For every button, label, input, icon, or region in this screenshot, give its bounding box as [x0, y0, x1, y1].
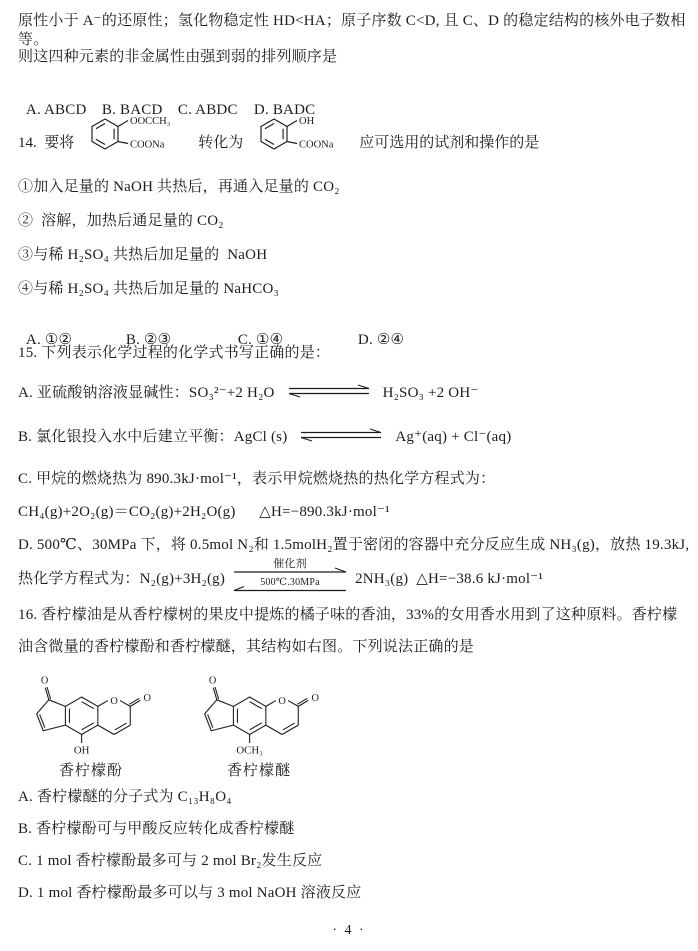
ketone-oxygen-label: O: [209, 675, 217, 686]
bergamot-ether-structure: O O O OCH₃: [184, 666, 334, 758]
q13-text-line1: 原性小于 A⁻的还原性；氢化物稳定性 HD<HA；原子序数 C<D, 且 C、D…: [18, 12, 690, 50]
q15-title: 15. 下列表示化学过程的化学式书写正确的是：: [18, 344, 690, 363]
q15-a-pre: A. 亚硫酸钠溶液显碱性：SO₃²⁻+2 H₂O: [18, 384, 275, 403]
q16-option-a: A. 香柠檬醚的分子式为 C₁₃H₈O₄: [18, 788, 690, 807]
q15-option-c-line1: C. 甲烷的燃烧热为 890.3kJ·mol⁻¹，表示甲烷燃烧热的热化学方程式为…: [18, 470, 690, 489]
q16-text-line1: 16. 香柠檬油是从香柠檬树的果皮中提炼的橘子味的香油，33%的女用香水用到了这…: [18, 606, 690, 625]
q15-d-pre: 热化学方程式为：N₂(g)+3H₂(g): [18, 570, 225, 589]
benzene-ring: [233, 697, 265, 735]
substituent-coona-label: COONa: [130, 140, 165, 151]
q15-b-post: Ag⁺(aq) + Cl⁻(aq): [395, 428, 511, 447]
labeled-equilibrium-arrow: 催化剂 500℃.30MPa: [231, 558, 349, 600]
bergamot-ether-figure: O O O OCH₃ 香柠檬醚: [184, 666, 334, 780]
equilibrium-arrow-icon: [299, 428, 383, 442]
bergamot-phenol-figure: O O O OH 香柠檬酚: [16, 666, 166, 780]
q14-mid: 转化为: [198, 131, 243, 162]
q14-item-3: ③与稀 H₂SO₄ 共热后加足量的 NaOH: [18, 246, 690, 265]
q16-structures: O O O OH 香柠檬酚 O: [16, 666, 334, 780]
q15-option-b: B. 氯化银投入水中后建立平衡：AgCl (s) Ag⁺(aq) + Cl⁻(a…: [18, 428, 690, 447]
hydroxyl-label: OH: [74, 744, 90, 756]
q15-option-d-line1: D. 500℃、30MPa 下，将 0.5mol N₂和 1.5molH₂置于密…: [18, 536, 690, 555]
q16-text-line2: 油含微量的香柠檬酚和香柠檬醚，其结构如右图。下列说法正确的是: [18, 638, 690, 657]
ring-oxygen-label: O: [110, 696, 118, 707]
q15-option-d-equation: 热化学方程式为：N₂(g)+3H₂(g) 催化剂 500℃.30MPa 2NH₃…: [18, 558, 690, 600]
q15-a-post: H₂SO₃ +2 OH⁻: [383, 384, 479, 403]
ketone-oxygen-label: O: [41, 675, 49, 686]
bergamot-phenol-structure: O O O OH: [16, 666, 166, 758]
q16-option-c: C. 1 mol 香柠檬酚最多可与 2 mol Br₂发生反应: [18, 852, 690, 871]
q14-item-4: ④与稀 H₂SO₄ 共热后加足量的 NaHCO₃: [18, 280, 690, 299]
exam-page: { "chem": { "o": "O" }, "q13": { "line1"…: [0, 0, 698, 951]
substituent-oh-label: OH: [299, 116, 315, 127]
q15-option-a: A. 亚硫酸钠溶液显碱性：SO₃²⁻+2 H₂O H₂SO₃ +2 OH⁻: [18, 384, 690, 403]
equilibrium-arrow-icon: [287, 384, 371, 398]
q16-option-b: B. 香柠檬酚可与甲酸反应转化成香柠檬醚: [18, 820, 690, 839]
page-number: · 4 ·: [0, 923, 698, 939]
substituent-coona-label: COONa: [299, 140, 334, 151]
methoxy-label: OCH₃: [236, 744, 263, 756]
q15-option-c-equation: CH₄(g)+2O₂(g)＝CO₂(g)+2H₂O(g) △H=−890.3kJ…: [18, 503, 690, 522]
q14-structure-salicylate: OH COONa: [249, 104, 353, 162]
bergamot-ether-name: 香柠檬醚: [227, 759, 291, 780]
benzene-ring: [65, 697, 97, 735]
carbonyl-oxygen-label: O: [144, 693, 152, 704]
q14-item-1: ①加入足量的 NaOH 共热后，再通入足量的 CO₂: [18, 178, 690, 197]
bergamot-phenol-name: 香柠檬酚: [59, 759, 123, 780]
q13-text-line2: 则这四种元素的非金属性由强到弱的排列顺序是: [18, 48, 690, 67]
catalyst-label: 催化剂: [273, 558, 307, 570]
carbonyl-oxygen-label: O: [312, 693, 320, 704]
q15-d-post: 2NH₃(g) △H=−38.6 kJ·mol⁻¹: [355, 570, 543, 589]
q14-structure-aspirin-salt: OOCCH₃ COONa: [80, 104, 192, 162]
q15-b-pre: B. 氯化银投入水中后建立平衡：AgCl (s): [18, 428, 287, 447]
condition-label: 500℃.30MPa: [260, 577, 320, 588]
q14-prefix: 14. 要将: [18, 131, 74, 162]
q14-item-2: ② 溶解，加热后通足量的 CO₂: [18, 212, 690, 231]
ring-oxygen-label: O: [278, 696, 286, 707]
q14-suffix: 应可选用的试剂和操作的是: [359, 131, 539, 162]
q16-option-d: D. 1 mol 香柠檬酚最多可以与 3 mol NaOH 溶液反应: [18, 884, 690, 903]
substituent-ooccch3-label: OOCCH₃: [130, 116, 171, 127]
q14-stem-row: 14. 要将 OOCCH₃ COONa 转化为 OH COONa 应可选用的试剂…: [18, 104, 539, 162]
